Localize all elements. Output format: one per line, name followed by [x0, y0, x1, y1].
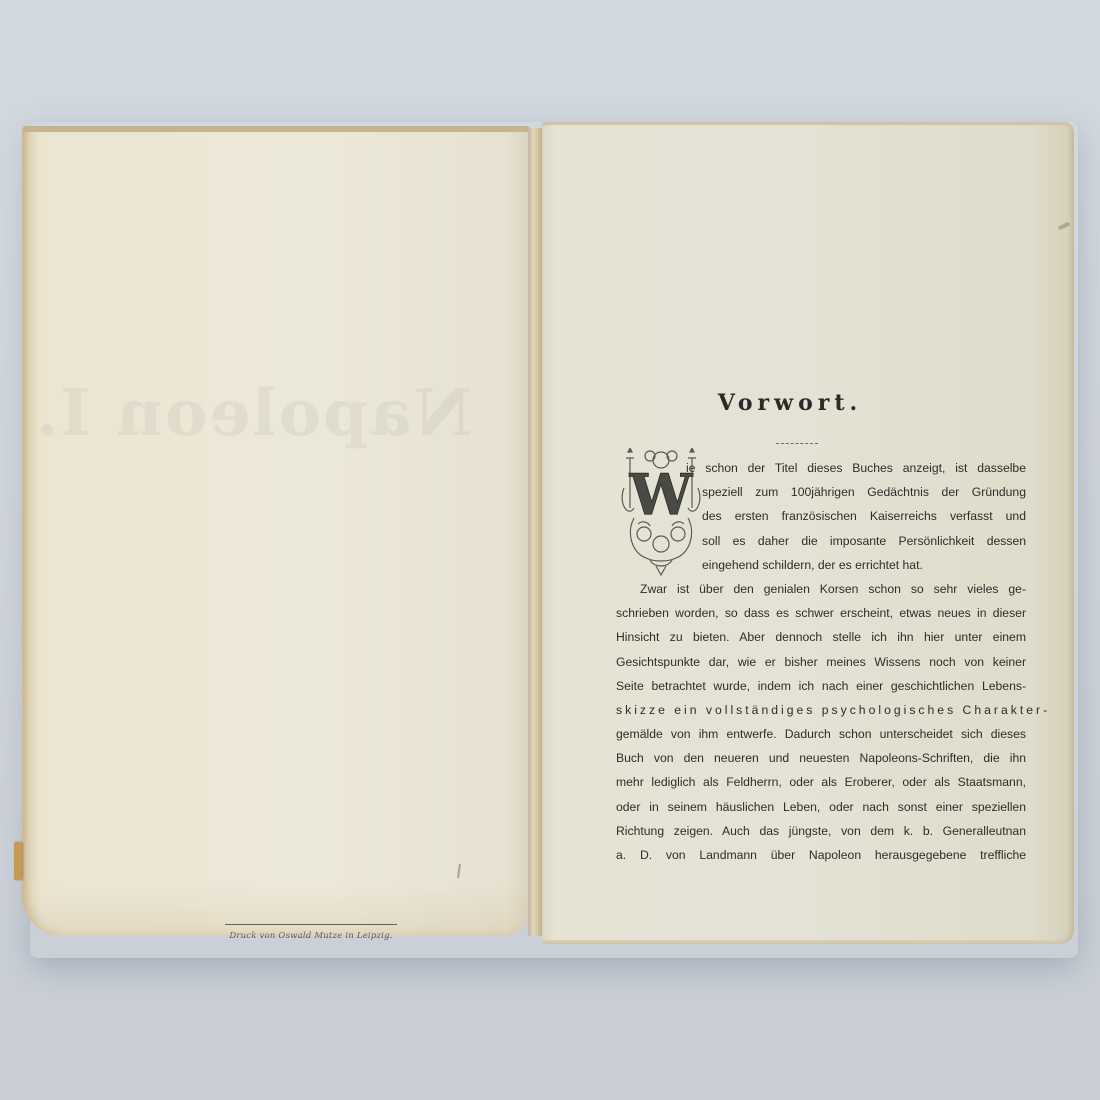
- text-line: Gesichtspunkte dar, wie er bisher meines…: [616, 650, 1026, 674]
- page-edge-tab: [14, 842, 22, 880]
- text-line: Hinsicht zu bieten. Aber dennoch stelle …: [616, 625, 1026, 649]
- left-page: Napoleon I. Druck von Oswald Mutze in Le…: [22, 126, 532, 936]
- text-line: a. D. von Landmann über Napoleon herausg…: [616, 843, 1026, 867]
- printer-imprint: Druck von Oswald Mutze in Leipzig.: [225, 924, 397, 941]
- text-line: Richtung zeigen. Auch das jüngste, von d…: [616, 819, 1026, 843]
- page-heading: Vorwort.: [640, 390, 940, 416]
- text-line: Zwar ist über den genialen Korsen schon …: [616, 577, 1026, 601]
- bleed-through-title: Napoleon I.: [172, 376, 472, 456]
- text-line: schrieben worden, so dass es schwer ersc…: [616, 601, 1026, 625]
- preface-text: ie schon der Titel dieses Buches anzeigt…: [616, 456, 1026, 867]
- text-line: mehr lediglich als Feldherrn, oder als E…: [616, 770, 1026, 794]
- text-line: ie schon der Titel dieses Buches anzeigt…: [686, 456, 1026, 480]
- text-line: skizze ein vollständiges psychologisches…: [616, 698, 1026, 722]
- text-line: gemälde von ihm entwerfe. Dadurch schon …: [616, 722, 1026, 746]
- text-line: des ersten französischen Kaiserreichs ve…: [702, 504, 1026, 528]
- text-line: oder in seinem häuslichen Leben, oder na…: [616, 795, 1026, 819]
- text-line: Seite betrachtet wurde, indem ich nach e…: [616, 674, 1026, 698]
- text-line: speziell zum 100jährigen Gedächtnis der …: [702, 480, 1026, 504]
- text-line: Buch von den neueren und neuesten Napole…: [616, 746, 1026, 770]
- heading-divider: [776, 443, 818, 445]
- text-line: eingehend schildern, der es errichtet ha…: [702, 553, 1026, 577]
- text-line: soll es daher die imposante Persönlichke…: [702, 529, 1026, 553]
